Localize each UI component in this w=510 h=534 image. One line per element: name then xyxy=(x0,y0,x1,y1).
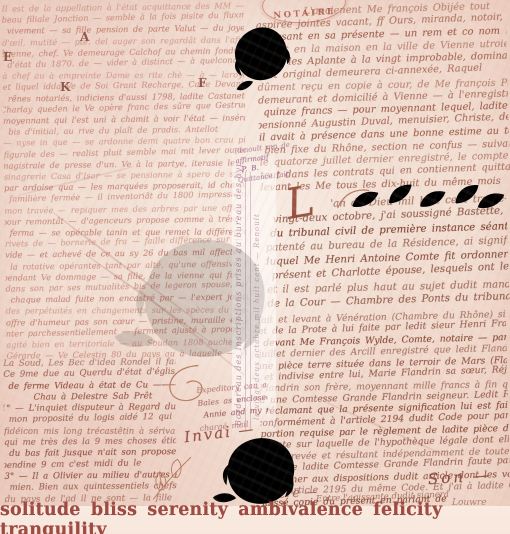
flourish-initial xyxy=(163,360,209,402)
caption-text: solitude bliss serenity ambivalence feli… xyxy=(0,500,510,534)
rose-sketch-top xyxy=(221,14,300,96)
margin-capital: F xyxy=(198,76,207,90)
margin-capital: E xyxy=(3,50,12,64)
vintage-script-paper: Il est de la appellation à l'état acquit… xyxy=(0,0,510,534)
margin-capital: K xyxy=(60,80,70,94)
leaf-garland xyxy=(336,180,508,214)
caption-strip: solitude bliss serenity ambivalence feli… xyxy=(0,506,510,534)
margin-capital: A xyxy=(80,30,89,44)
